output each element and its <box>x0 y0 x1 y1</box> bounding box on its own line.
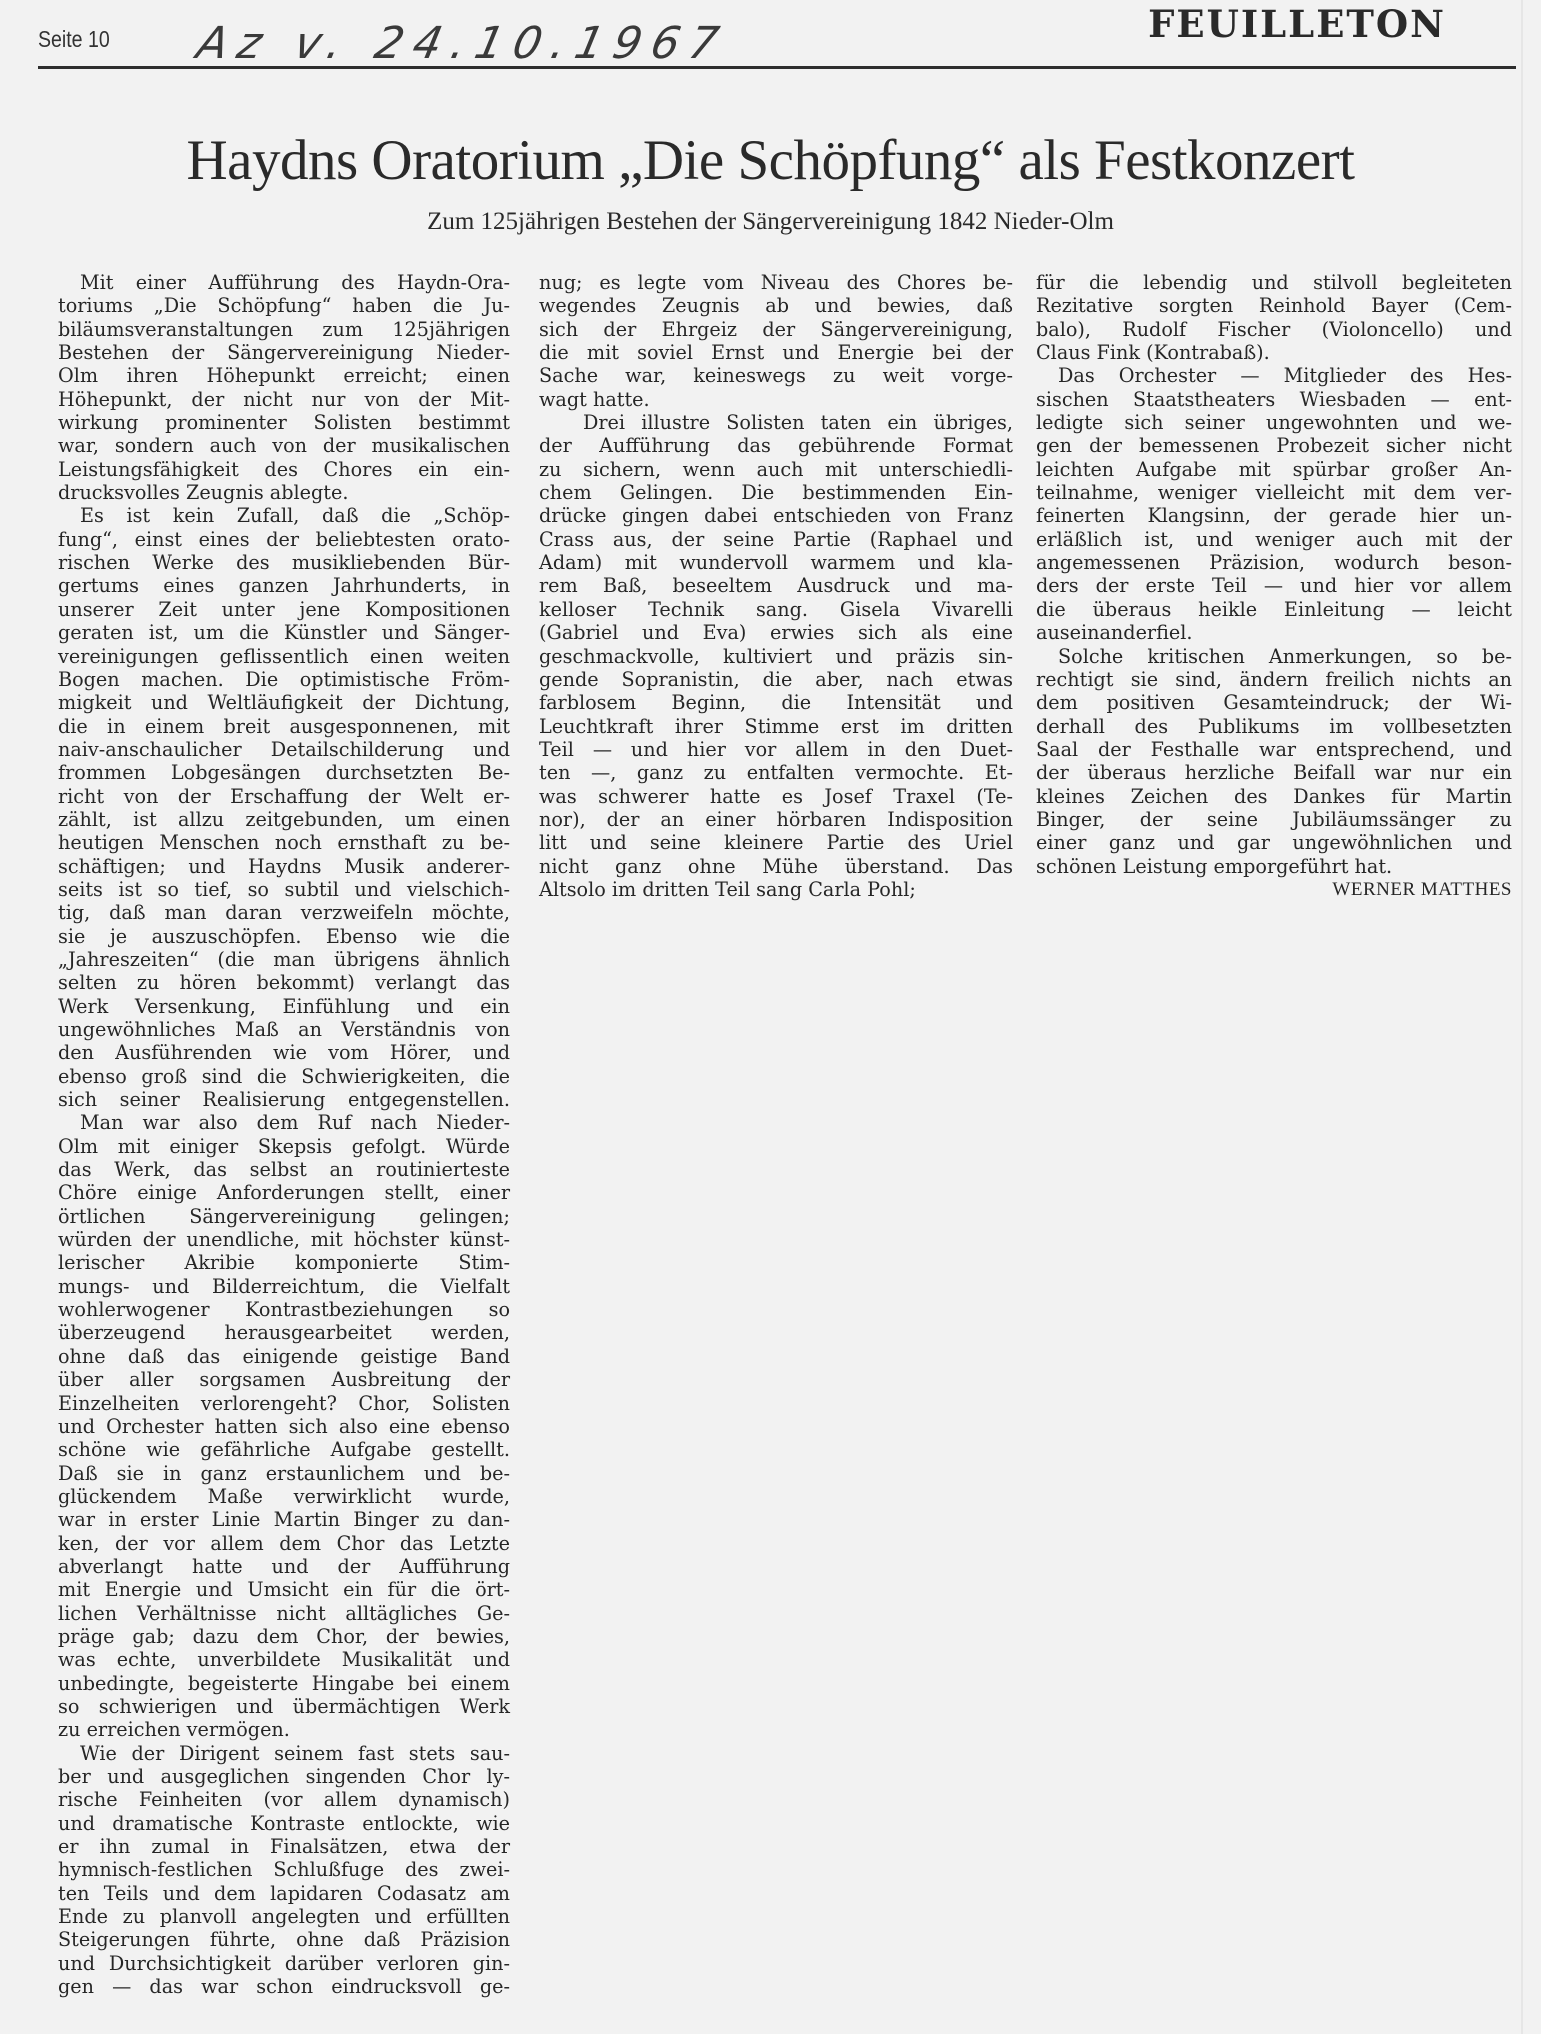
article-text-line: Man war also dem Ruf nach Nieder- <box>58 1111 510 1134</box>
article-text-line: den Ausführenden wie vom Hörer, und <box>58 1041 510 1064</box>
article-text-line: Saal der Festhalle war entsprechend, und <box>1036 738 1512 761</box>
article-text-line: „Jahreszeiten“ (die man übrigens ähnlich <box>58 948 510 971</box>
article-text-line: der Aufführung das gebührende Format <box>539 434 1013 457</box>
article-text-line: wagt hatte. <box>539 388 1013 411</box>
article-text-line: nug; es legte vom Niveau des Chores be- <box>539 271 1013 294</box>
article-text-line: das Werk, das selbst an routinierteste <box>58 1158 510 1181</box>
article-text-line: die überaus heikle Einleitung — leicht <box>1036 598 1512 621</box>
article-text-line: frommen Lobgesängen durchsetzten Be- <box>58 761 510 784</box>
article-text-line: Werk Versenkung, Einfühlung und ein <box>58 995 510 1018</box>
article-text-line: Olm ihren Höhepunkt erreicht; einen <box>58 364 510 387</box>
article-text-line: überzeugend herausgearbeitet werden, <box>58 1321 510 1344</box>
article-text-line: litt und seine kleinere Partie des Uriel <box>539 831 1013 854</box>
article-text-line: sich der Ehrgeiz der Sängervereinigung, <box>539 318 1013 341</box>
article-text-line: Claus Fink (Kontrabaß). <box>1036 341 1512 364</box>
article-text-line: Binger, der seine Jubiläumssänger zu <box>1036 808 1512 831</box>
article-text-line: war in erster Linie Martin Binger zu dan… <box>58 1508 510 1531</box>
article-text-line: kleines Zeichen des Dankes für Martin <box>1036 785 1512 808</box>
article-text-line: rischen Werke des musikliebenden Bür- <box>58 551 510 574</box>
article-text-line: örtlichen Sängervereinigung gelingen; <box>58 1205 510 1228</box>
article-text-line: Leistungsfähigkeit des Chores ein ein- <box>58 458 510 481</box>
article-text-line: naiv-anschaulicher Detailschilderung und <box>58 738 510 761</box>
article-text-line: erläßlich ist, und weniger auch mit der <box>1036 528 1512 551</box>
article-text-line: lichen Verhältnisse nicht alltägliches G… <box>58 1602 510 1625</box>
article-text-line: Bogen machen. Die optimistische Fröm- <box>58 668 510 691</box>
article-text-line: Mit einer Aufführung des Haydn-Ora- <box>58 271 510 294</box>
article-text-line: er ihn zumal in Finalsätzen, etwa der <box>58 1835 510 1858</box>
article-text-line: hymnisch-festlichen Schlußfuge des zwei- <box>58 1858 510 1881</box>
article-text-line: zu sichern, wenn auch mit unterschiedli- <box>539 458 1013 481</box>
article-text-line: rechtigt sie sind, ändern freilich nicht… <box>1036 668 1512 691</box>
article-text-line: präge gab; dazu dem Chor, der bewies, <box>58 1625 510 1648</box>
article-text-line: Solche kritischen Anmerkungen, so be- <box>1036 645 1512 668</box>
article-text-line: tig, daß man daran verzweifeln möchte, <box>58 901 510 924</box>
article-text-line: war, sondern auch von der musikalischen <box>58 434 510 457</box>
article-text-line: ber und ausgeglichen singenden Chor ly- <box>58 1765 510 1788</box>
article-text-line: mit Energie und Umsicht ein für die ört- <box>58 1578 510 1601</box>
article-text-line: zu erreichen vermögen. <box>58 1718 510 1741</box>
article-text-line: Wie der Dirigent seinem fast stets sau- <box>58 1742 510 1765</box>
article-text-line: teilnahme, weniger vielleicht mit dem ve… <box>1036 481 1512 504</box>
article-text-line: geraten ist, um die Künstler und Sänger- <box>58 621 510 644</box>
article-text-line: so schwierigen und übermächtigen Werk <box>58 1695 510 1718</box>
article-text-line: nor), der an einer hörbaren Indispositio… <box>539 808 1013 831</box>
article-text-line: biläumsveranstaltungen zum 125jährigen <box>58 318 510 341</box>
article-headline: Haydns Oratorium „Die Schöpfung“ als Fes… <box>0 128 1541 193</box>
article-text-line: dem positiven Gesamteindruck; der Wi- <box>1036 691 1512 714</box>
article-text-line: richt von der Erschaffung der Welt er- <box>58 785 510 808</box>
article-text-line: ten Teils und dem lapidaren Codasatz am <box>58 1882 510 1905</box>
page-number: Seite 10 <box>38 26 110 53</box>
article-text-line: toriums „Die Schöpfung“ haben die Ju- <box>58 294 510 317</box>
article-text-line: geschmackvolle, kultiviert und präzis si… <box>539 645 1013 668</box>
article-subheadline: Zum 125jährigen Bestehen der Sängerverei… <box>0 208 1541 236</box>
article-text-line: was schwerer hatte es Josef Traxel (Te- <box>539 785 1013 808</box>
article-text-line: lerischer Akribie komponierte Stim- <box>58 1251 510 1274</box>
article-text-line: rem Baß, beseeltem Ausdruck und ma- <box>539 574 1013 597</box>
article-text-line: einer ganz und gar ungewöhnlichen und <box>1036 831 1512 854</box>
article-text-line: (Gabriel und Eva) erwies sich als eine <box>539 621 1013 644</box>
article-text-line: ten —, ganz zu entfalten vermochte. Et- <box>539 761 1013 784</box>
article-text-line: und Orchester hatten sich also eine eben… <box>58 1415 510 1438</box>
scan-edge <box>1521 0 1523 2034</box>
article-text-line: Chöre einige Anforderungen stellt, einer <box>58 1181 510 1204</box>
article-text-line: ders der erste Teil — und hier vor allem <box>1036 574 1512 597</box>
article-text-line: der überaus herzliche Beifall war nur ei… <box>1036 761 1512 784</box>
article-text-line: schönen Leistung emporgeführt hat. <box>1036 855 1512 878</box>
article-text-line: kelloser Technik sang. Gisela Vivarelli <box>539 598 1013 621</box>
article-text-line: und dramatische Kontraste entlockte, wie <box>58 1812 510 1835</box>
section-title: FEUILLETON <box>1148 2 1446 46</box>
article-text-line: die in einem breit ausgesponnenen, mit <box>58 715 510 738</box>
article-text-line: ungewöhnliches Maß an Verständnis von <box>58 1018 510 1041</box>
article-text-line: drucksvolles Zeugnis ablegte. <box>58 481 510 504</box>
article-text-line: fung“, einst eines der beliebtesten orat… <box>58 528 510 551</box>
article-text-line: gen — das war schon eindrucksvoll ge- <box>58 1975 510 1998</box>
article-text-line: Einzelheiten verlorengeht? Chor, Soliste… <box>58 1392 510 1415</box>
article-text-line: ledigte sich seiner ungewohnten und we- <box>1036 411 1512 434</box>
article-text-line: die mit soviel Ernst und Energie bei der <box>539 341 1013 364</box>
article-text-line: Altsolo im dritten Teil sang Carla Pohl; <box>539 878 1013 901</box>
header-rule <box>38 66 1516 69</box>
article-text-line: angemessenen Präzision, wodurch beson- <box>1036 551 1512 574</box>
article-text-line: farblosem Beginn, die Intensität und <box>539 691 1013 714</box>
article-text-line: Daß sie in ganz erstaunlichem und be- <box>58 1462 510 1485</box>
article-text-line: schäftigen; und Haydns Musik anderer- <box>58 855 510 878</box>
article-text-line: wirkung prominenter Solisten bestimmt <box>58 411 510 434</box>
article-text-line: gertums eines ganzen Jahrhunderts, in <box>58 574 510 597</box>
article-text-line: gende Sopranistin, die aber, nach etwas <box>539 668 1013 691</box>
article-column-1: Mit einer Aufführung des Haydn-Ora-toriu… <box>58 271 510 1998</box>
article-column-2: nug; es legte vom Niveau des Chores be-w… <box>539 271 1013 901</box>
article-text-line: Sache war, keineswegs zu weit vorge- <box>539 364 1013 387</box>
article-text-line: vereinigungen geflissentlich einen weite… <box>58 645 510 668</box>
article-text-line: ohne daß das einigende geistige Band <box>58 1345 510 1368</box>
article-text-line: Leuchtkraft ihrer Stimme erst im dritten <box>539 715 1013 738</box>
article-text-line: Ende zu planvoll angelegten und erfüllte… <box>58 1905 510 1928</box>
article-text-line: auseinanderfiel. <box>1036 621 1512 644</box>
article-text-line: Rezitative sorgten Reinhold Bayer (Cem- <box>1036 294 1512 317</box>
article-text-line: selten zu hören bekommt) verlangt das <box>58 971 510 994</box>
author-byline: WERNER MATTHES <box>1036 878 1512 901</box>
handwritten-date-note: Az v. 24.10.1967 <box>193 18 733 69</box>
article-column-3: für die lebendig und stilvoll begleitete… <box>1036 271 1512 901</box>
article-text-line: sischen Staatstheaters Wiesbaden — ent- <box>1036 388 1512 411</box>
article-text-line: was echte, unverbildete Musikalität und <box>58 1648 510 1671</box>
article-text-line: schöne wie gefährliche Aufgabe gestellt. <box>58 1438 510 1461</box>
article-text-line: Es ist kein Zufall, daß die „Schöp- <box>58 504 510 527</box>
article-text-line: ebenso groß sind die Schwierigkeiten, di… <box>58 1065 510 1088</box>
article-text-line: glückendem Maße verwirklicht wurde, <box>58 1485 510 1508</box>
article-text-line: leichten Aufgabe mit spürbar großer An- <box>1036 458 1512 481</box>
article-text-line: Olm mit einiger Skepsis gefolgt. Würde <box>58 1135 510 1158</box>
article-text-line: sich seiner Realisierung entgegenstellen… <box>58 1088 510 1111</box>
article-text-line: und Durchsichtigkeit darüber verloren gi… <box>58 1952 510 1975</box>
article-text-line: Steigerungen führte, ohne daß Präzision <box>58 1928 510 1951</box>
article-text-line: wohlerwogener Kontrastbeziehungen so <box>58 1298 510 1321</box>
article-text-line: mungs- und Bilderreichtum, die Vielfalt <box>58 1275 510 1298</box>
article-text-line: Das Orchester — Mitglieder des Hes- <box>1036 364 1512 387</box>
article-text-line: drücke gingen dabei entschieden von Fran… <box>539 504 1013 527</box>
article-text-line: Drei illustre Solisten taten ein übriges… <box>539 411 1013 434</box>
article-text-line: Bestehen der Sängervereinigung Nieder- <box>58 341 510 364</box>
article-text-line: Teil — und hier vor allem in den Duet- <box>539 738 1013 761</box>
article-text-line: für die lebendig und stilvoll begleitete… <box>1036 271 1512 294</box>
article-text-line: Höhepunkt, der nicht nur von der Mit- <box>58 388 510 411</box>
article-text-line: ken, der vor allem dem Chor das Letzte <box>58 1532 510 1555</box>
article-text-line: gen der bemessenen Probezeit sicher nich… <box>1036 434 1512 457</box>
article-text-line: chem Gelingen. Die bestimmenden Ein- <box>539 481 1013 504</box>
article-text-line: würden der unendliche, mit höchster küns… <box>58 1228 510 1251</box>
article-text-line: balo), Rudolf Fischer (Violoncello) und <box>1036 318 1512 341</box>
article-text-line: über aller sorgsamen Ausbreitung der <box>58 1368 510 1391</box>
article-text-line: feinerten Klangsinn, der gerade hier un- <box>1036 504 1512 527</box>
article-text-line: migkeit und Weltläufigkeit der Dichtung, <box>58 691 510 714</box>
article-text-line: nicht ganz ohne Mühe überstand. Das <box>539 855 1013 878</box>
article-text-line: Adam) mit wundervoll warmem und kla- <box>539 551 1013 574</box>
article-text-line: sie je auszuschöpfen. Ebenso wie die <box>58 925 510 948</box>
article-text-line: Crass aus, der seine Partie (Raphael und <box>539 528 1013 551</box>
article-text-line: unbedingte, begeisterte Hingabe bei eine… <box>58 1672 510 1695</box>
article-text-line: heutigen Menschen noch ernsthaft zu be- <box>58 831 510 854</box>
article-text-line: seits ist so tief, so subtil und vielsch… <box>58 878 510 901</box>
article-text-line: wegendes Zeugnis ab und bewies, daß <box>539 294 1013 317</box>
article-text-line: unserer Zeit unter jene Kompositionen <box>58 598 510 621</box>
article-text-line: derhall des Publikums im vollbesetzten <box>1036 715 1512 738</box>
article-text-line: abverlangt hatte und der Aufführung <box>58 1555 510 1578</box>
article-text-line: rische Feinheiten (vor allem dynamisch) <box>58 1788 510 1811</box>
article-text-line: zählt, ist allzu zeitgebunden, um einen <box>58 808 510 831</box>
